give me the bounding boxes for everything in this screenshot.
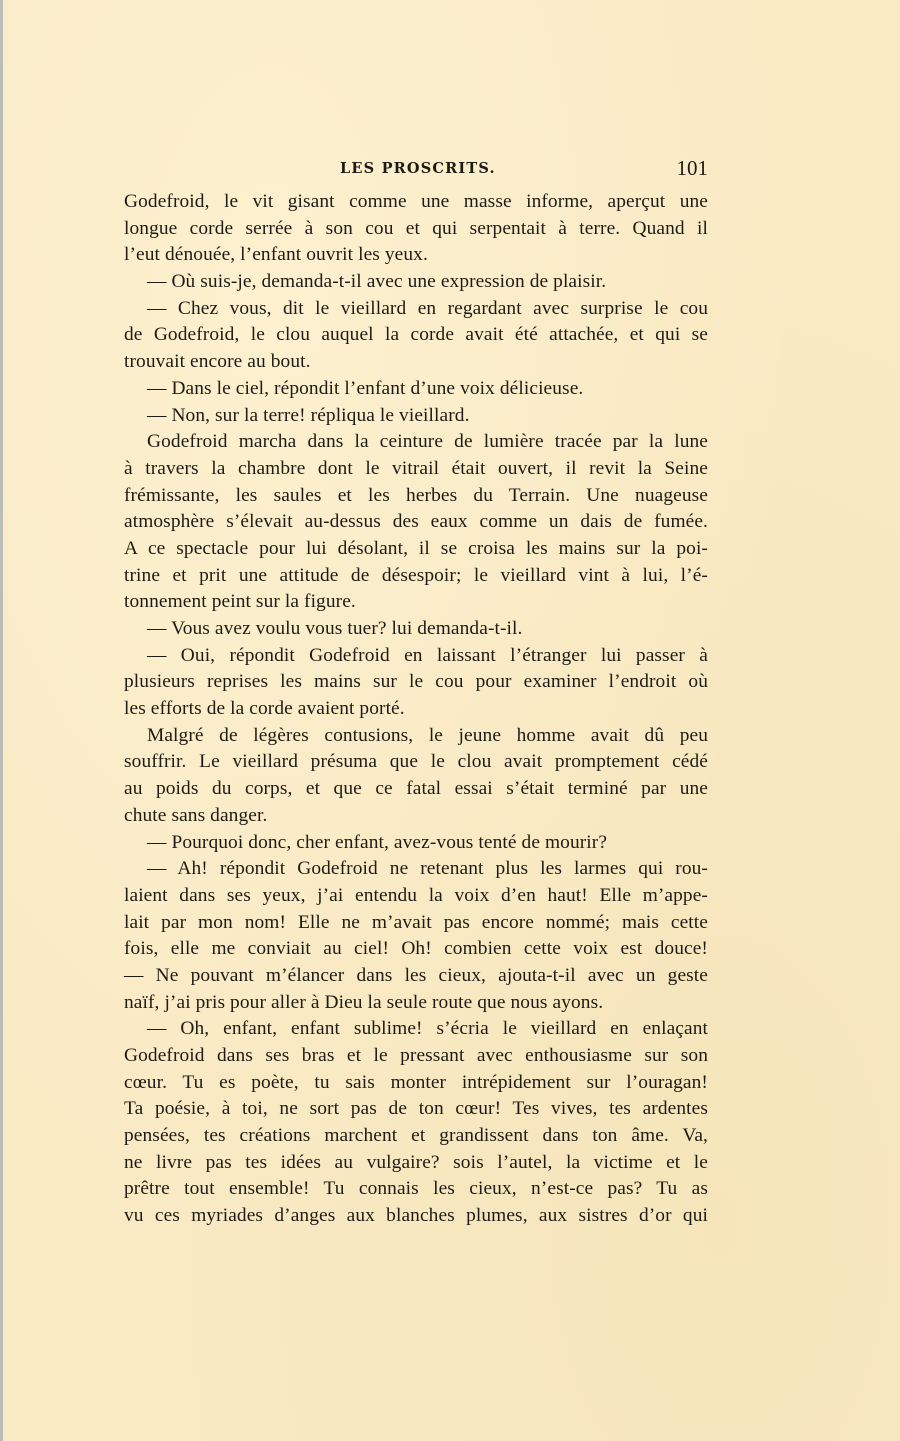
text-line: souffrir. Le vieillard présuma que le cl… <box>124 749 708 776</box>
text-line: naïf, j’ai pris pour aller à Dieu la seu… <box>124 990 708 1017</box>
running-head: LES PROSCRITS. 101 <box>124 156 708 182</box>
text-line: au poids du corps, et que ce fatal essai… <box>124 776 708 803</box>
text-line: A ce spectacle pour lui désolant, il se … <box>124 536 708 563</box>
page-edge <box>0 0 3 1441</box>
text-line: — Où suis-je, demanda-t-il avec une expr… <box>124 269 708 296</box>
text-line: — Vous avez voulu vous tuer? lui demanda… <box>124 616 708 643</box>
text-line: atmosphère s’élevait au-dessus des eaux … <box>124 509 708 536</box>
text-line: trouvait encore au bout. <box>124 349 708 376</box>
text-line: — Chez vous, dit le vieillard en regarda… <box>124 296 708 323</box>
text-line: pensées, tes créations marchent et grand… <box>124 1123 708 1150</box>
text-line: — Pourquoi donc, cher enfant, avez-vous … <box>124 830 708 857</box>
text-line: fois, elle me conviait au ciel! Oh! comb… <box>124 936 708 963</box>
text-line: — Oui, répondit Godefroid en laissant l’… <box>124 643 708 670</box>
text-line: cœur. Tu es poète, tu sais monter intrép… <box>124 1070 708 1097</box>
text-line: Malgré de légères contusions, le jeune h… <box>124 723 708 750</box>
text-line: ne livre pas tes idées au vulgaire? sois… <box>124 1150 708 1177</box>
text-line: — Dans le ciel, répondit l’enfant d’une … <box>124 376 708 403</box>
text-line: à travers la chambre dont le vitrail éta… <box>124 456 708 483</box>
text-line: — Ne pouvant m’élancer dans les cieux, a… <box>124 963 708 990</box>
body-text: Godefroid, le vit gisant comme une masse… <box>124 189 708 1230</box>
text-line: plusieurs reprises les mains sur le cou … <box>124 669 708 696</box>
text-line: lait par mon nom! Elle ne m’avait pas en… <box>124 910 708 937</box>
text-line: chute sans danger. <box>124 803 708 830</box>
text-line: Godefroid marcha dans la ceinture de lum… <box>124 429 708 456</box>
text-line: trine et prit une attitude de désespoir;… <box>124 563 708 590</box>
text-line: frémissante, les saules et les herbes du… <box>124 483 708 510</box>
text-line: de Godefroid, le clou auquel la corde av… <box>124 322 708 349</box>
text-line: — Oh, enfant, enfant sublime! s’écria le… <box>124 1016 708 1043</box>
text-line: vu ces myriades d’anges aux blanches plu… <box>124 1203 708 1230</box>
book-page: LES PROSCRITS. 101 Godefroid, le vit gis… <box>0 0 900 1441</box>
text-line: l’eut dénouée, l’enfant ouvrit les yeux. <box>124 242 708 269</box>
text-line: Godefroid, le vit gisant comme une masse… <box>124 189 708 216</box>
text-line: les efforts de la corde avaient porté. <box>124 696 708 723</box>
running-title: LES PROSCRITS. <box>340 160 496 177</box>
text-line: Ta poésie, à toi, ne sort pas de ton cœu… <box>124 1096 708 1123</box>
text-line: tonnement peint sur la figure. <box>124 589 708 616</box>
text-line: — Ah! répondit Godefroid ne retenant plu… <box>124 856 708 883</box>
text-line: laient dans ses yeux, j’ai entendu la vo… <box>124 883 708 910</box>
text-line: Godefroid dans ses bras et le pressant a… <box>124 1043 708 1070</box>
page-number: 101 <box>677 156 709 181</box>
text-line: longue corde serrée à son cou et qui ser… <box>124 216 708 243</box>
text-line: prêtre tout ensemble! Tu connais les cie… <box>124 1176 708 1203</box>
text-line: — Non, sur la terre! répliqua le vieilla… <box>124 403 708 430</box>
